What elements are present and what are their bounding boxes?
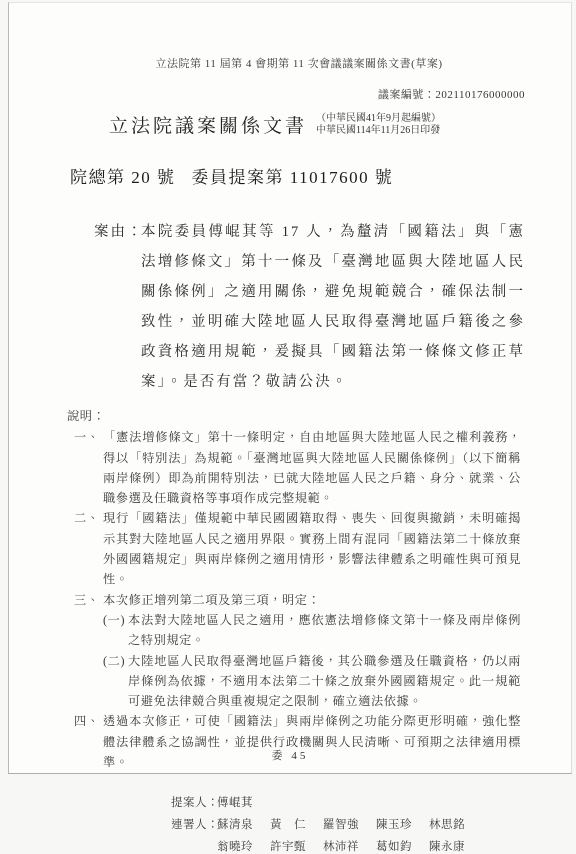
item-number: 二、 xyxy=(74,508,103,589)
explanation-item-3: 三、 本次修正增列第二項及第三項，明定： (一) 本法對大陸地區人民之適用，應依… xyxy=(74,590,571,712)
title-row: 立法院議案關係文書 （中華民國41年9月起編號） 中華民國114年11月26日印… xyxy=(109,111,571,138)
signatures-block: 提案人： 傅崐萁 連署人： 蘇清泉 黃 仁 羅智強 陳玉珍 林思銘 翁曉玲 許宇… xyxy=(171,796,571,800)
title-note-numbering: （中華民國41年9月起編號） xyxy=(316,113,441,125)
subitem-text: 本法對大陸地區人民之適用，應依憲法增修條文第十一條及兩岸條例之特別規定。 xyxy=(128,610,521,651)
proposal-number: 委員提案第 11017600 號 xyxy=(192,163,394,188)
explanation-subitem-1: (一) 本法對大陸地區人民之適用，應依憲法增修條文第十一條及兩岸條例之特別規定。 xyxy=(103,610,521,651)
explanation-item-2: 二、 現行「國籍法」僅規範中華民國國籍取得、喪失、回復與撤銷，未明確揭示其對大陸… xyxy=(74,508,571,589)
page-number-footer: 委 45 xyxy=(9,747,571,763)
explanation-item-1: 一、 「憲法增修條文」第十一條明定，自由地區與大陸地區人民之權利義務，得以「特別… xyxy=(74,427,571,508)
document-title: 立法院議案關係文書 xyxy=(109,111,307,138)
subitem-number: (二) xyxy=(103,651,128,712)
title-notes: （中華民國41年9月起編號） 中華民國114年11月26日印發 xyxy=(316,113,441,136)
item-text: 現行「國籍法」僅規範中華民國國籍取得、喪失、回復與撤銷，未明確揭示其對大陸地區人… xyxy=(103,508,521,589)
subitem-text: 大陸地區人民取得臺灣地區戶籍後，其公職參選及任職資格，仍以兩岸條例為依據，不適用… xyxy=(128,651,521,712)
item-text-group: 本次修正增列第二項及第三項，明定： (一) 本法對大陸地區人民之適用，應依憲法增… xyxy=(103,590,521,712)
bill-number: 議案編號：202110176000000 xyxy=(9,86,571,102)
case-summary: 案由： 本院委員傅崐萁等 17 人，為釐清「國籍法」與「憲法增修條文」第十一條及… xyxy=(94,217,571,397)
proposer-name: 傅崐萁 xyxy=(217,796,270,800)
item-text: 「憲法增修條文」第十一條明定，自由地區與大陸地區人民之權利義務，得以「特別法」為… xyxy=(103,427,521,508)
document-page: 立法院第 11 屆第 4 會期第 11 次會議議案關係文書(草案) 議案編號：2… xyxy=(8,2,572,774)
explanation-item-4: 四、 透過本次修正，可使「國籍法」與兩岸條例之功能分際更形明確，強化整體法律體系… xyxy=(74,711,571,772)
case-label: 案由： xyxy=(94,217,141,397)
docket-row: 院總第 20 號 委員提案第 11017600 號 xyxy=(70,163,571,188)
explanation-section: 說明： 一、 「憲法增修條文」第十一條明定，自由地區與大陸地區人民之權利義務，得… xyxy=(67,406,571,772)
item-text: 本次修正增列第二項及第三項，明定： xyxy=(103,590,521,610)
session-header: 立法院第 11 屆第 4 會期第 11 次會議議案關係文書(草案) xyxy=(9,55,571,71)
case-text: 本院委員傅崐萁等 17 人，為釐清「國籍法」與「憲法增修條文」第十一條及「臺灣地… xyxy=(141,217,525,397)
proposer-line: 提案人： 傅崐萁 xyxy=(171,796,571,800)
item-number: 一、 xyxy=(74,427,103,508)
item-text: 透過本次修正，可使「國籍法」與兩岸條例之功能分際更形明確，強化整體法律體系之協調… xyxy=(103,711,521,772)
item-number: 三、 xyxy=(74,590,103,712)
explanation-label: 說明： xyxy=(67,406,571,426)
docket-number: 院總第 20 號 xyxy=(70,163,176,188)
proposer-label: 提案人： xyxy=(171,796,217,800)
subitem-number: (一) xyxy=(103,610,128,651)
title-note-print-date: 中華民國114年11月26日印發 xyxy=(316,125,441,137)
explanation-subitem-2: (二) 大陸地區人民取得臺灣地區戶籍後，其公職參選及任職資格，仍以兩岸條例為依據… xyxy=(103,651,521,712)
item-number: 四、 xyxy=(74,711,103,772)
